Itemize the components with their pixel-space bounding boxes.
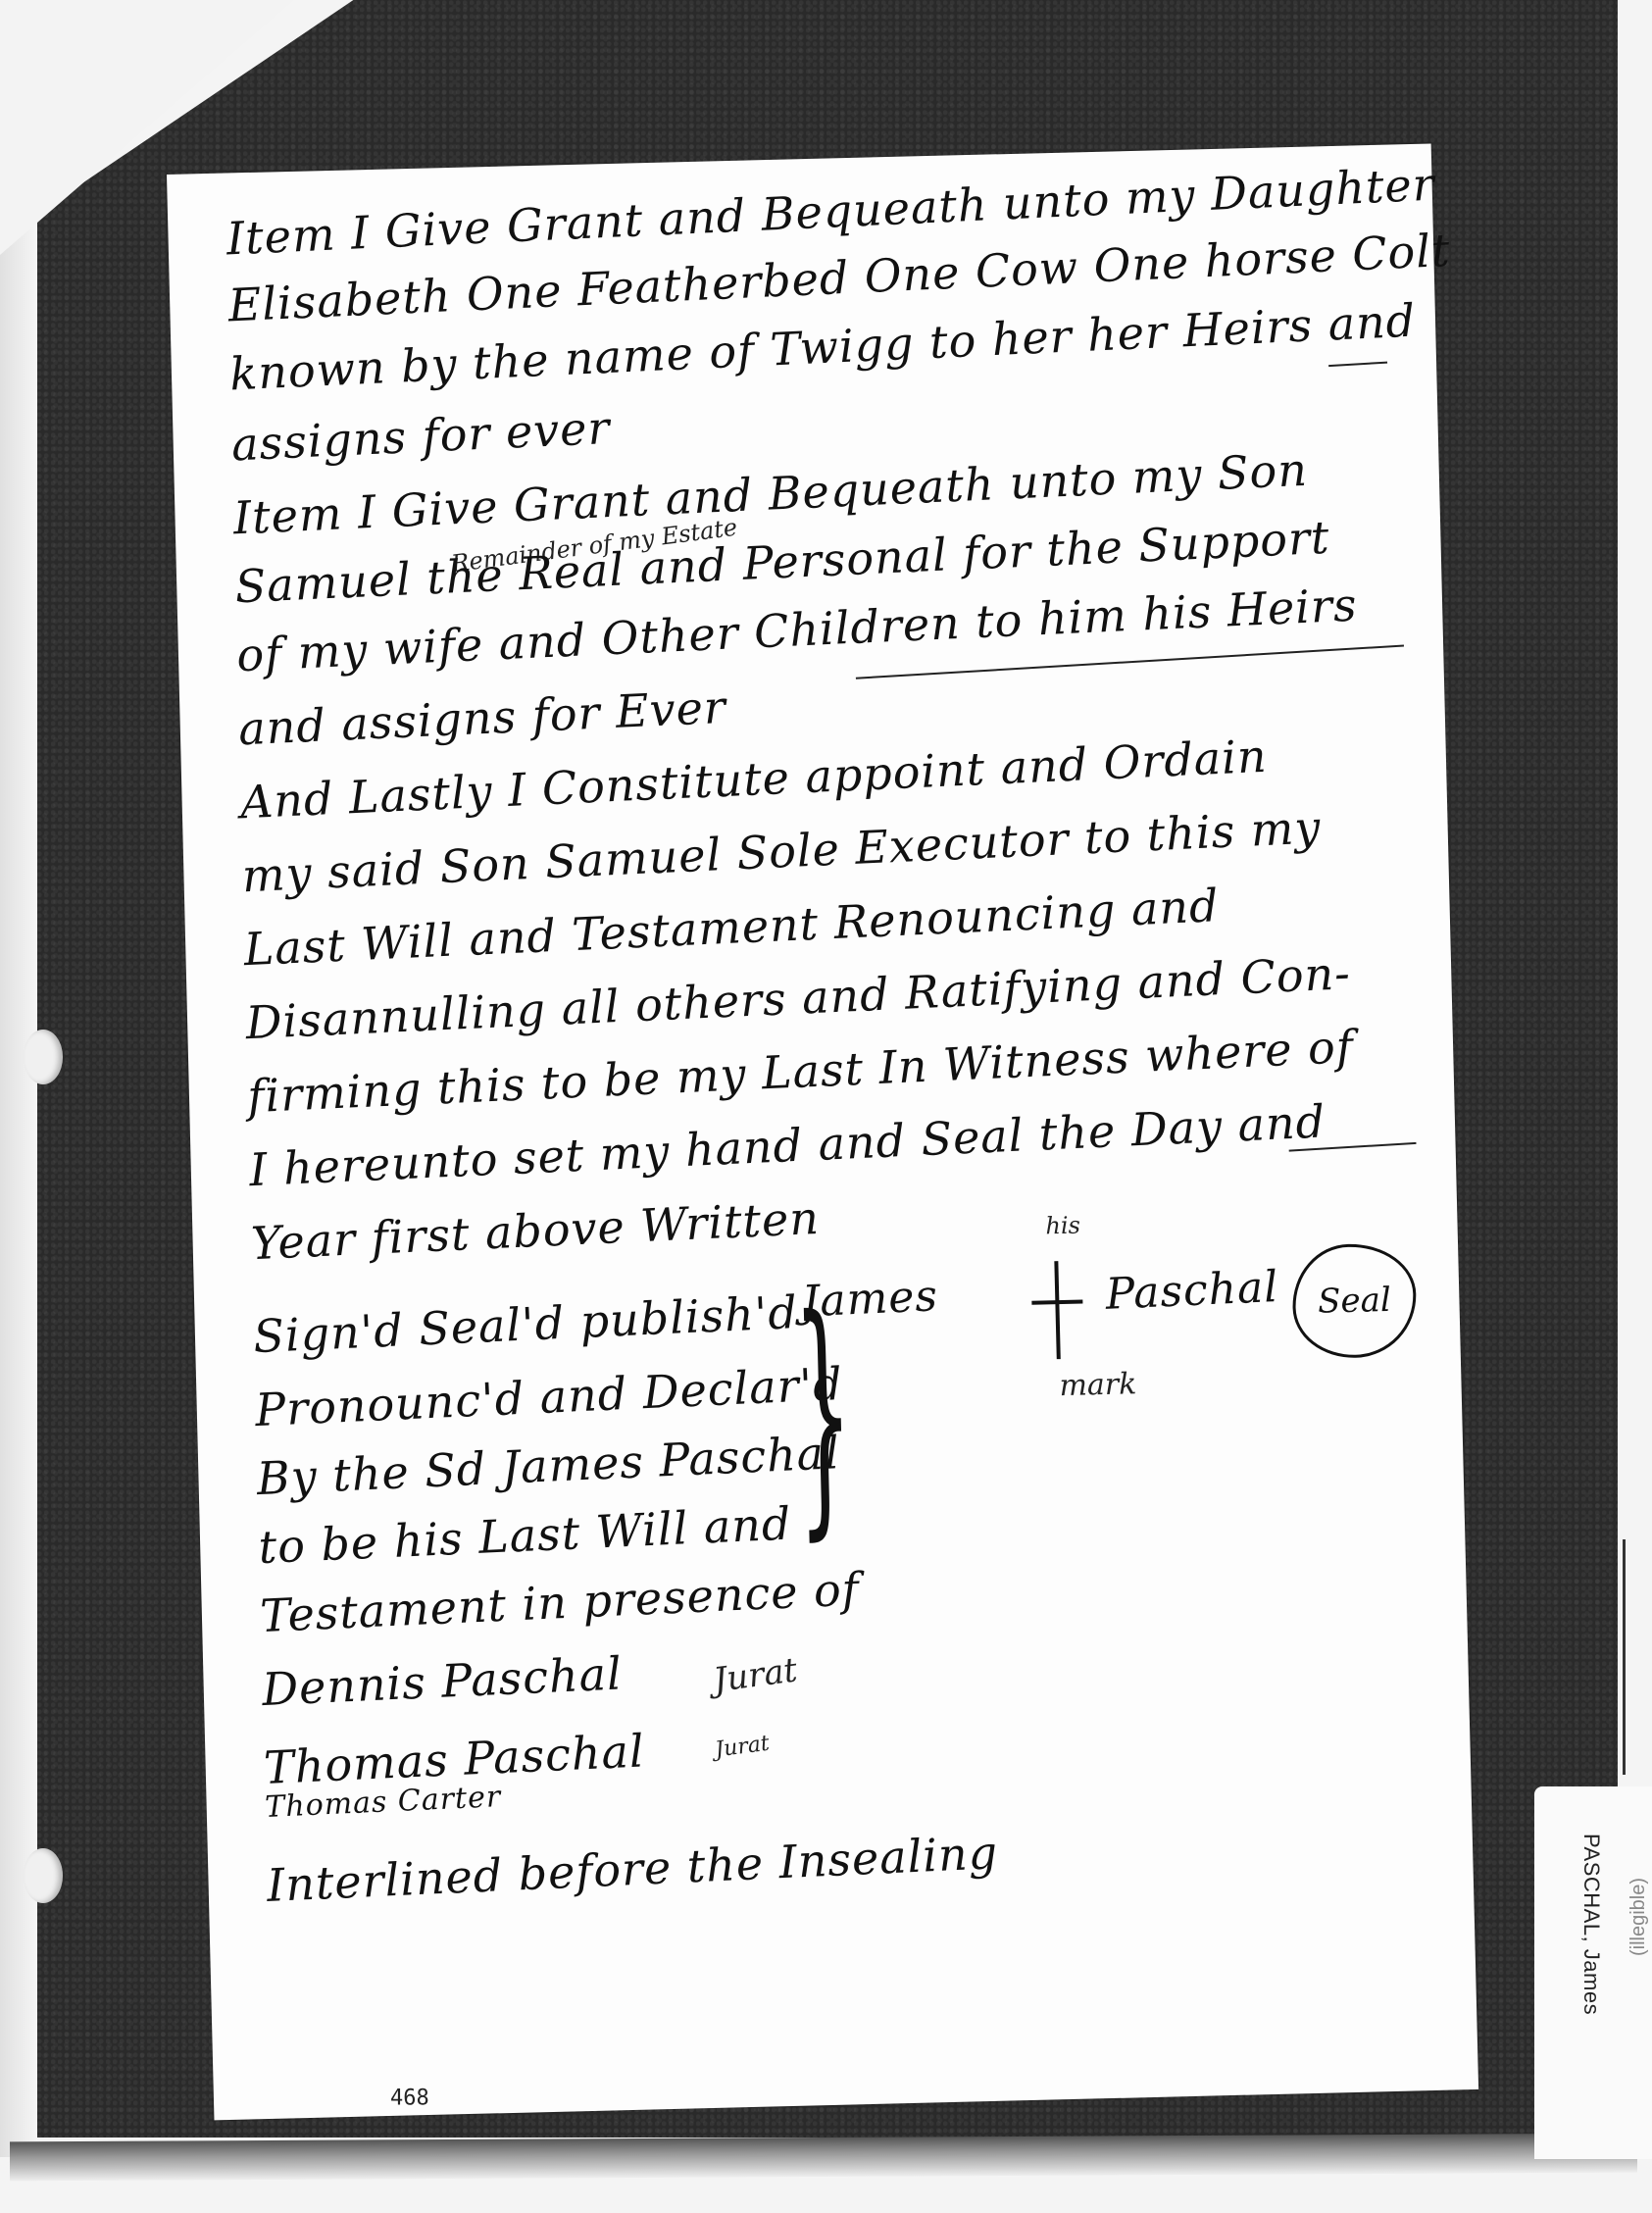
attestation-line: Sign'd Seal'd publish'd (252, 1285, 799, 1363)
body-line: Year first above Written (250, 1191, 821, 1270)
attestation-brace-icon: } (792, 1285, 855, 1541)
line-filler-rule (1328, 362, 1387, 368)
signature-last-name: Paschal (1105, 1262, 1280, 1320)
attestation-line: to be his Last Will and (257, 1496, 792, 1574)
seal-icon: Seal (1291, 1242, 1418, 1359)
mark-label-mark: mark (1059, 1367, 1137, 1403)
body-line: assigns for ever (230, 401, 611, 471)
index-tab-label: PASCHAL, James (1578, 1834, 1604, 2015)
attestation-line: Testament in presence of (259, 1562, 861, 1642)
tab-divider (1623, 1539, 1626, 1775)
witness-note: Jurat (711, 1650, 799, 1700)
attestation-line: By the Sd James Paschal (256, 1426, 841, 1505)
page-shadow (10, 2134, 1637, 2182)
witness-name: Dennis Paschal (261, 1646, 624, 1716)
index-tab-faint-label: (illegible) (1627, 1878, 1650, 1956)
punch-hole-top (24, 1030, 63, 1084)
signature-cross-mark-icon (1036, 1261, 1077, 1360)
mark-label-his: his (1045, 1212, 1080, 1240)
footer-note: Interlined before the Insealing (266, 1826, 999, 1912)
page-number: 468 (390, 2087, 429, 2111)
witness-note: Jurat (714, 1732, 771, 1763)
seal-label: Seal (1318, 1281, 1392, 1322)
manuscript-page: Item I Give Grant and Bequeath unto my D… (167, 143, 1478, 2120)
attestation-line: Pronounc'd and Declar'd (254, 1357, 844, 1436)
punch-hole-bottom (24, 1848, 63, 1903)
body-line: and assigns for Ever (237, 680, 727, 756)
